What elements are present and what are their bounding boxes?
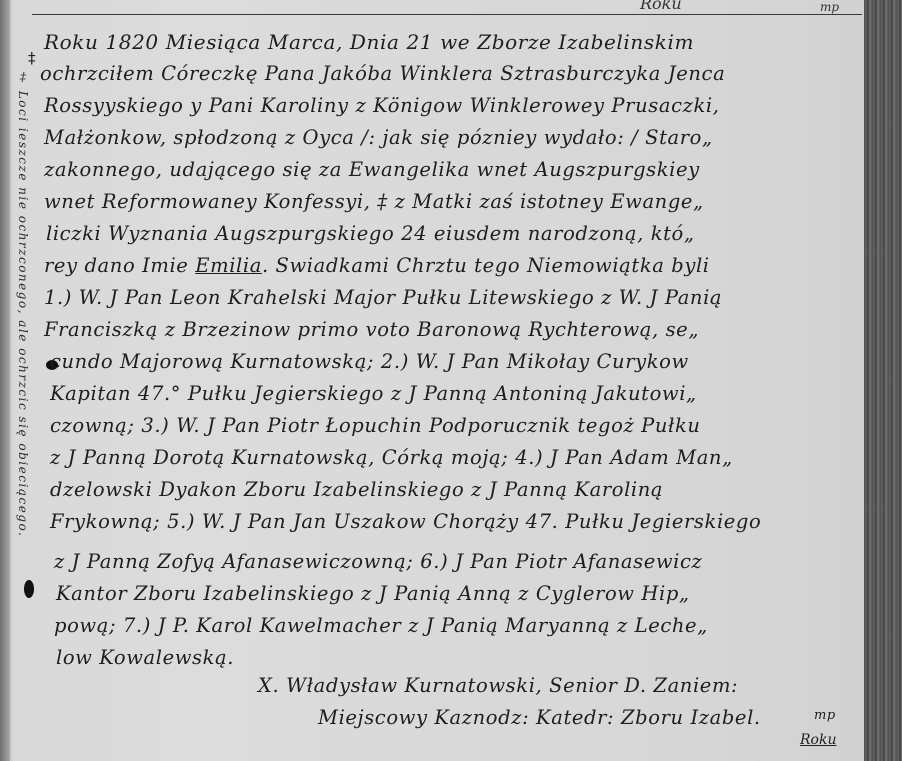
record-line: Rossyyskiego y Pani Karoliny z Königow W… (44, 94, 720, 117)
record-line-name: rey dano Imie Emilia. Swiadkami Chrztu t… (44, 254, 710, 277)
record-line: ochrzciłem Córeczkę Pana Jakóba Winklera… (40, 62, 725, 85)
record-line: dzelowski Dyakon Zboru Izabelinskiego z … (50, 478, 663, 501)
record-line: pową; 7.) J P. Karol Kawelmacher z J Pan… (54, 614, 708, 637)
record-line: Kantor Zboru Izabelinskiego z J Panią An… (56, 582, 690, 605)
top-cutoff-mp: mp (820, 0, 839, 14)
top-cutoff-text: Roku (640, 0, 682, 13)
record-line: cundo Majorową Kurnatowską; 2.) W. J Pan… (50, 350, 689, 373)
record-line: z J Panną Dorotą Kurnatowską, Córką moją… (50, 446, 733, 469)
record-line: Roku 1820 Miesiąca Marca, Dnia 21 we Zbo… (44, 30, 694, 54)
record-line: Franciszką z Brzezinow primo voto Barono… (44, 318, 699, 341)
book-spine-edge (864, 0, 902, 761)
signature-line: Miejscowy Kaznodz: Katedr: Zboru Izabel. (318, 706, 761, 729)
record-line: czowną; 3.) W. J Pan Piotr Łopuchin Podp… (50, 414, 701, 437)
signature-line: X. Władysław Kurnatowski, Senior D. Zani… (258, 674, 738, 697)
record-line: liczki Wyznania Augszpurgskiego 24 eiusd… (46, 222, 695, 245)
record-line: wnet Reformowaney Konfessyi, ‡ z Matki z… (44, 190, 704, 213)
record-line: zakonnego, udającego się za Ewangelika w… (44, 158, 700, 181)
record-line: low Kowalewską. (56, 646, 234, 669)
margin-annotation: ‡ Loci ieszcze nie ochrzconego, ale ochr… (16, 70, 30, 537)
margin-cross-mark: ‡ (28, 49, 36, 67)
footer-catchword: Roku (800, 732, 836, 748)
scanned-register-page: Roku mp ‡ ‡ Loci ieszcze nie ochrzconego… (0, 0, 902, 761)
record-line: Kapitan 47.° Pułku Jegierskiego z J Pann… (50, 382, 697, 405)
child-name-emilia: Emilia (195, 254, 262, 277)
text-fragment: . Swiadkami Chrztu tego Niemowiątka byli (262, 254, 710, 277)
header-rule-line (32, 14, 862, 15)
page-left-edge (0, 0, 10, 761)
text-fragment: rey dano Imie (44, 254, 188, 277)
record-line: Małżonkow, spłodzoną z Oyca /: jak się p… (44, 126, 713, 149)
ink-blot (24, 580, 34, 598)
signature-mp: mp (814, 708, 836, 723)
record-line: z J Panną Zofyą Afanasewiczowną; 6.) J P… (54, 550, 702, 573)
record-line: Frykowną; 5.) W. J Pan Jan Uszakow Chorą… (50, 510, 761, 533)
record-line: 1.) W. J Pan Leon Krahelski Major Pułku … (44, 286, 722, 309)
